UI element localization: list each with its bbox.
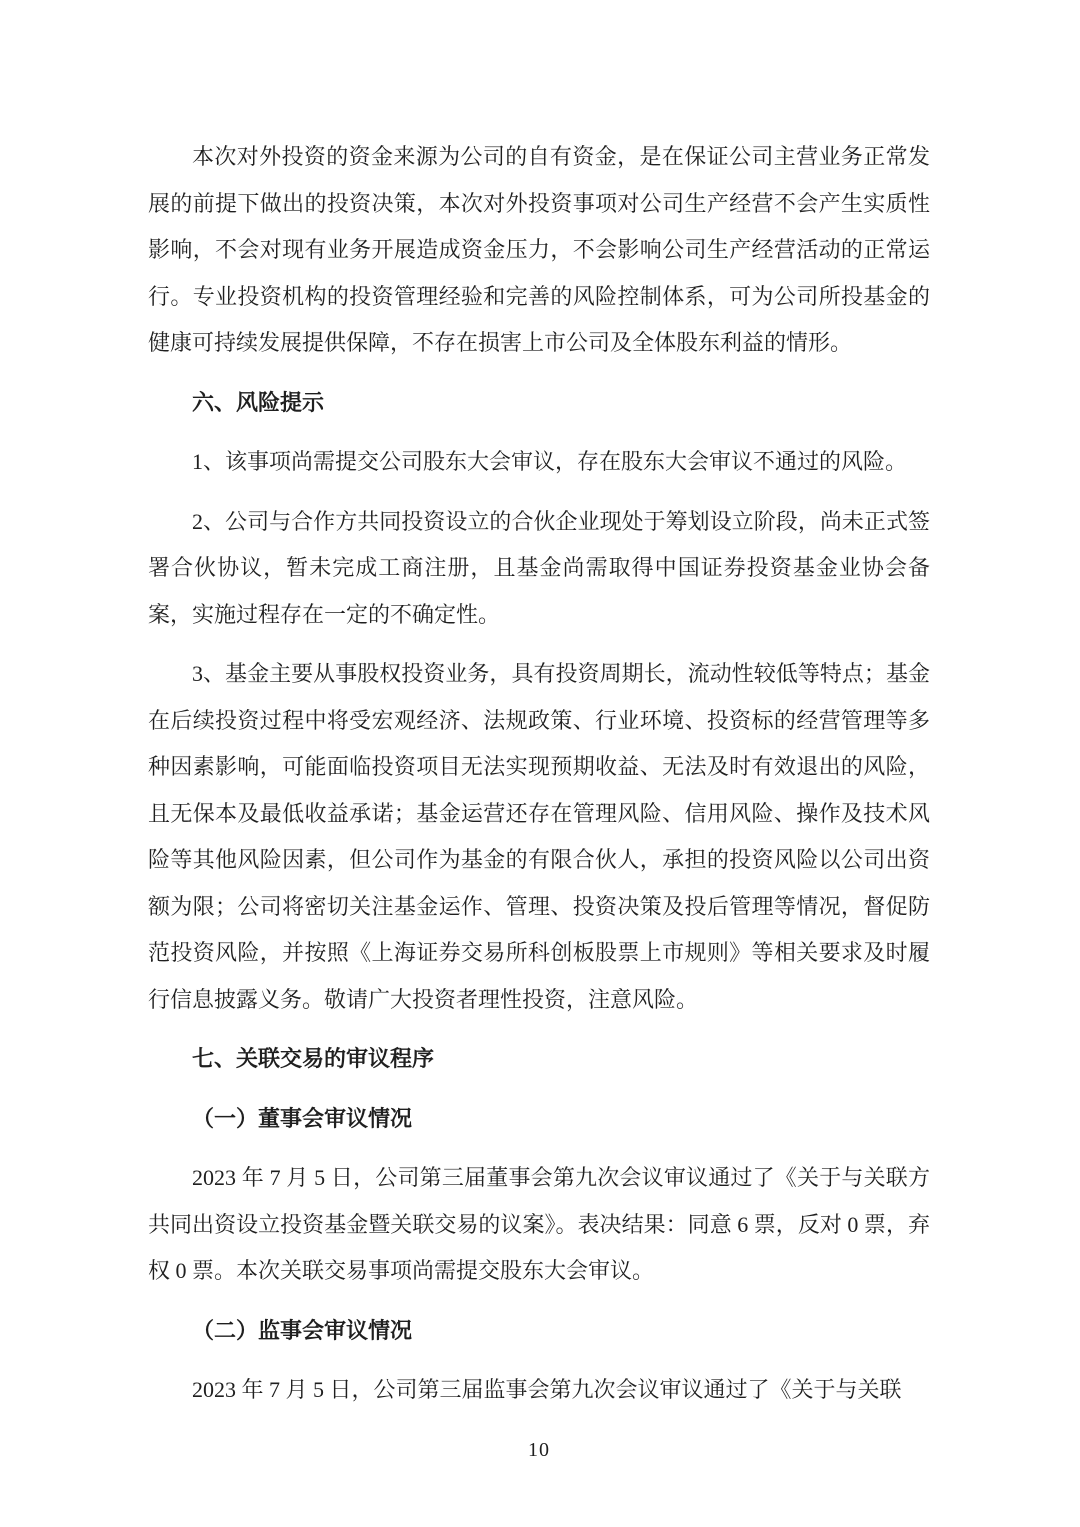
risk-item-3: 3、基金主要从事股权投资业务，具有投资周期长，流动性较低等特点；基金在后续投资过… <box>148 651 930 1023</box>
paragraph-board-review-result: 2023 年 7 月 5 日，公司第三届董事会第九次会议审议通过了《关于与关联方… <box>148 1155 930 1295</box>
page-number: 10 <box>148 1427 930 1474</box>
paragraph-supervisory-board-review: 2023 年 7 月 5 日，公司第三届监事会第九次会议审议通过了《关于与关联 <box>148 1367 930 1414</box>
risk-item-1: 1、该事项尚需提交公司股东大会审议，存在股东大会审议不通过的风险。 <box>148 439 930 486</box>
section-heading-related-transaction-review: 七、关联交易的审议程序 <box>148 1036 930 1083</box>
section-heading-risk-warning: 六、风险提示 <box>148 380 930 427</box>
subheading-board-review: （一）董事会审议情况 <box>148 1096 930 1143</box>
subheading-supervisory-board-review: （二）监事会审议情况 <box>148 1308 930 1355</box>
paragraph-funding-source: 本次对外投资的资金来源为公司的自有资金，是在保证公司主营业务正常发展的前提下做出… <box>148 134 930 367</box>
risk-item-2: 2、公司与合作方共同投资设立的合伙企业现处于筹划设立阶段，尚未正式签署合伙协议，… <box>148 499 930 639</box>
document-page: 本次对外投资的资金来源为公司的自有资金，是在保证公司主营业务正常发展的前提下做出… <box>0 0 1080 1527</box>
